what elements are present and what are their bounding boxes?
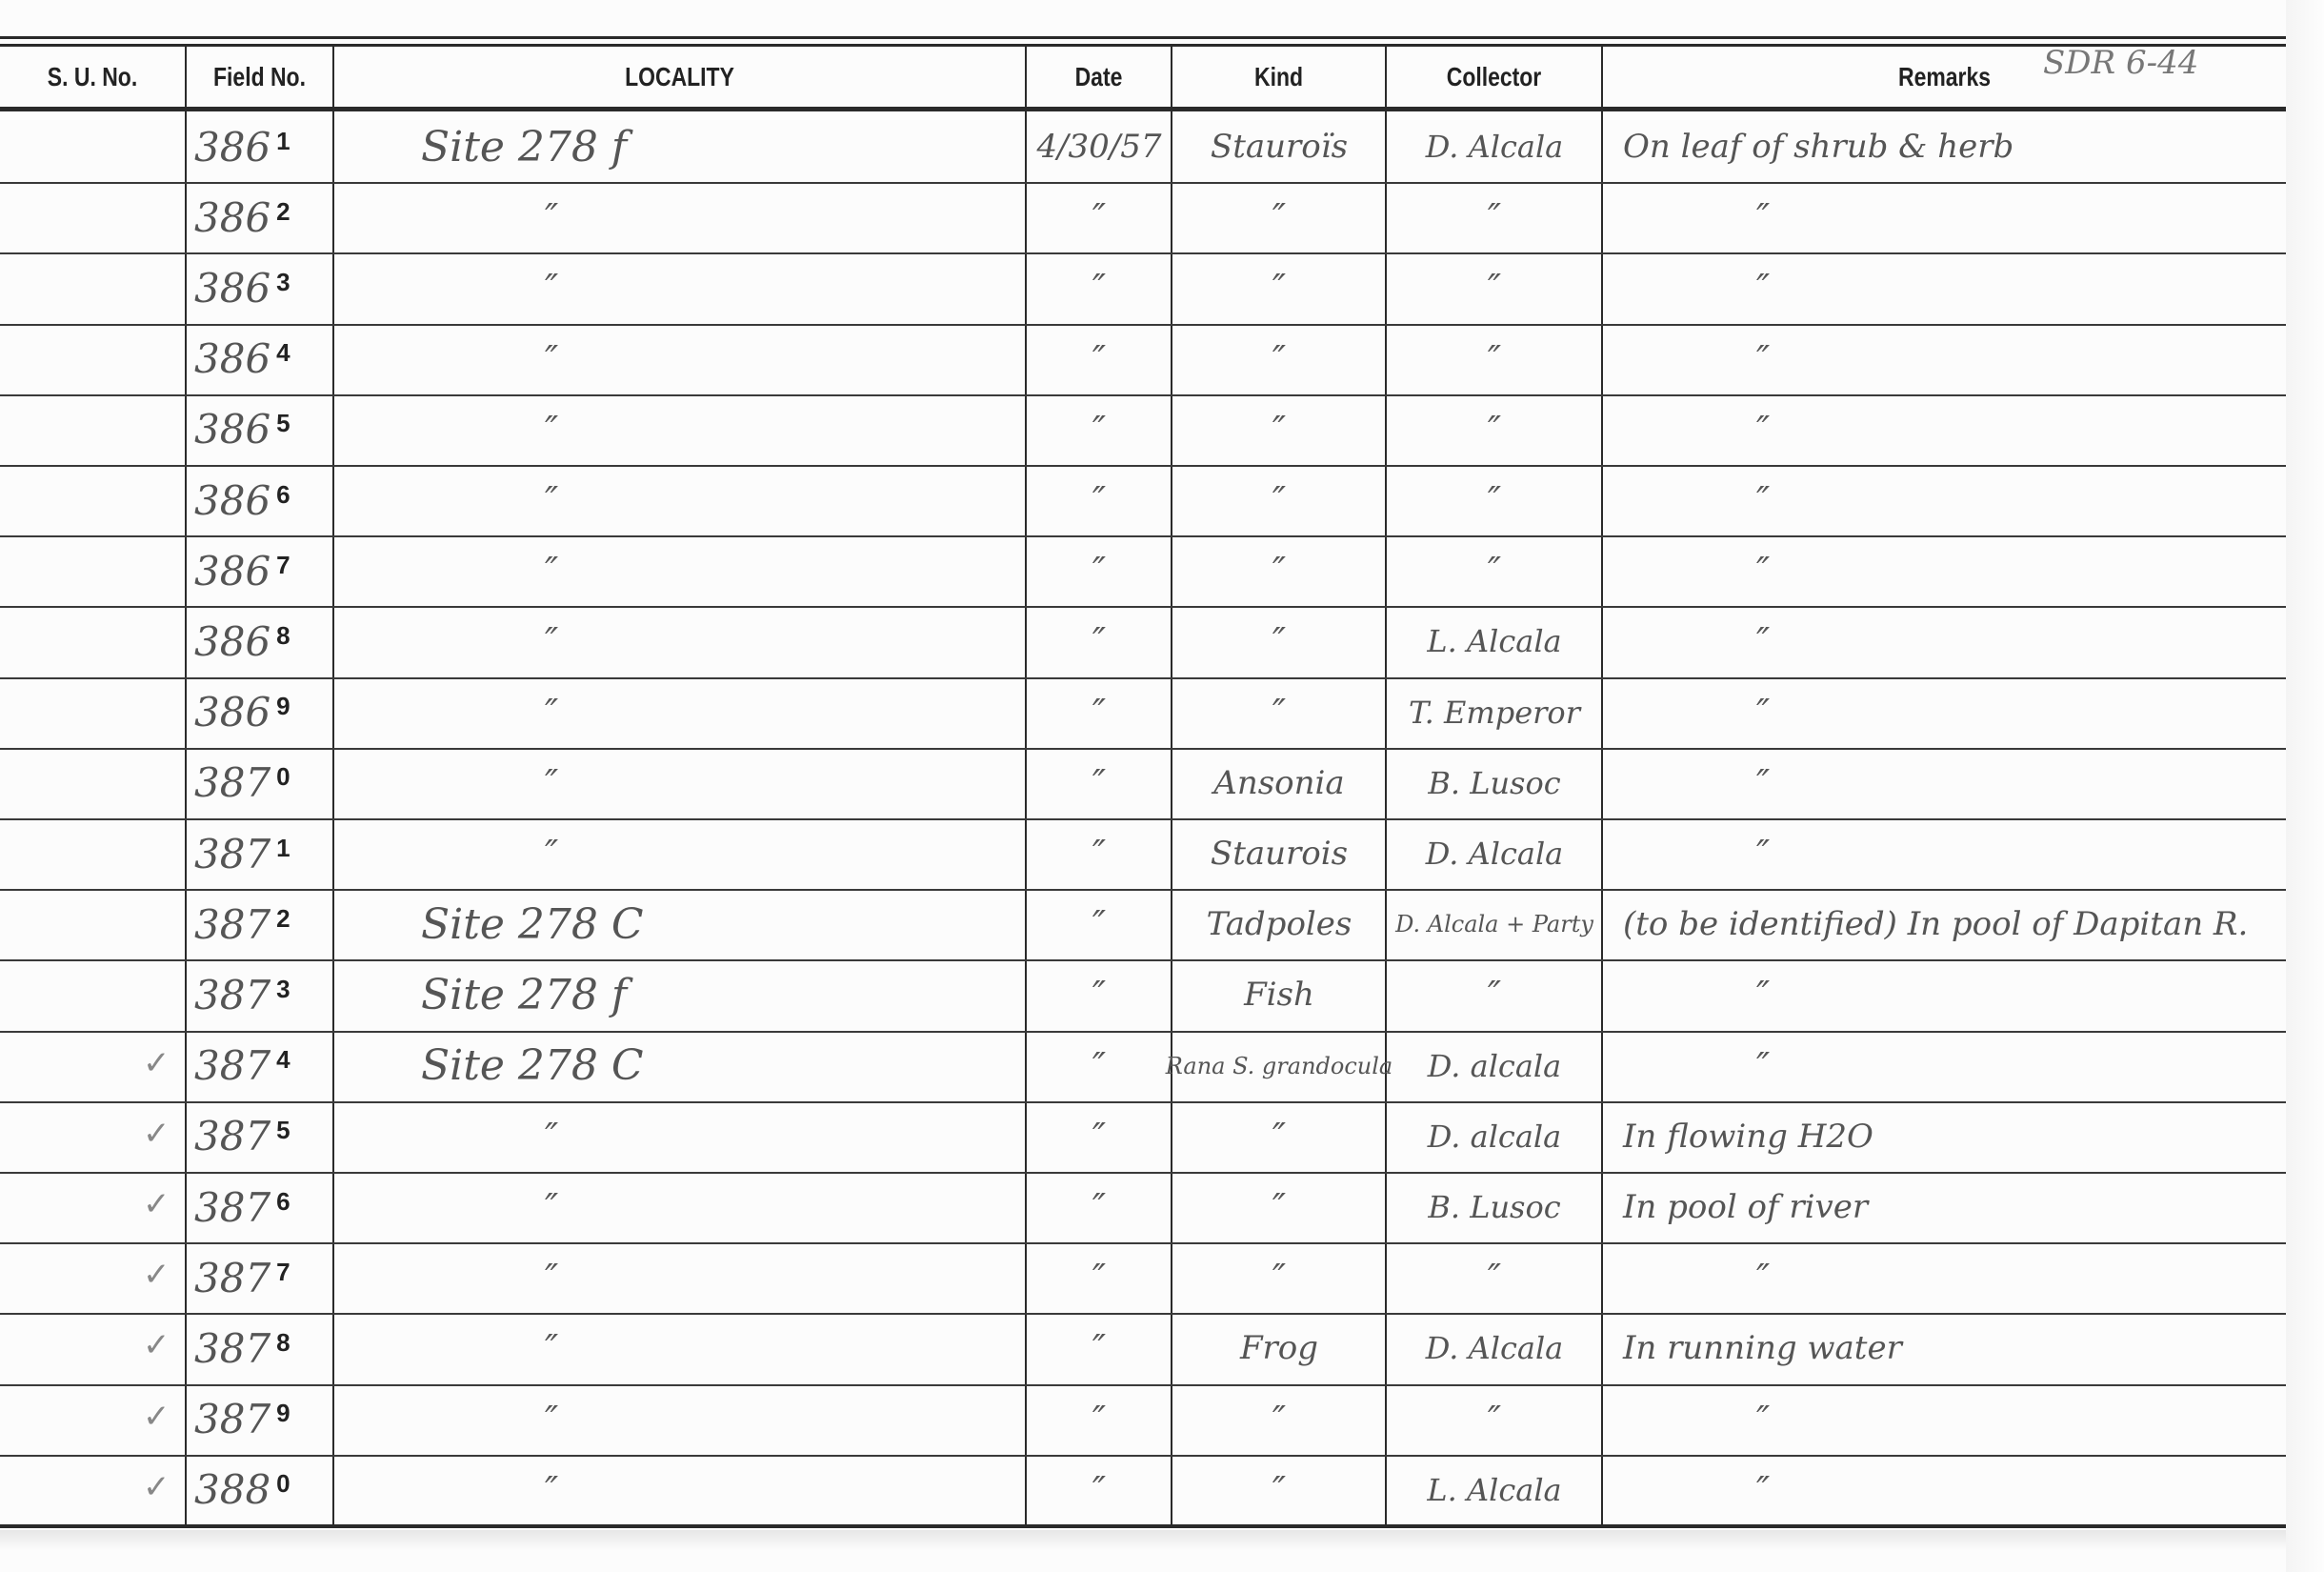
field-no-cell: 3865 — [190, 394, 335, 465]
locality-cell: ″ — [335, 1172, 1025, 1242]
remarks-cell: ″ — [1604, 677, 2286, 748]
field-no-digit: 2 — [276, 197, 290, 227]
collector-cell: D. Alcala — [1388, 1313, 1601, 1383]
remarks-cell: ″ — [1604, 394, 2286, 465]
kind-cell: ″ — [1173, 1101, 1385, 1172]
field-no-prefix: 386 — [194, 689, 270, 736]
kind-cell: ″ — [1173, 182, 1385, 252]
field-no-prefix: 387 — [194, 1042, 270, 1089]
field-no-digit: 1 — [276, 834, 290, 863]
field-no-cell: 3872 — [190, 889, 335, 959]
date-cell: ″ — [1029, 252, 1170, 323]
field-no-cell: 3874 — [190, 1031, 335, 1101]
header-date: Date — [1040, 50, 1158, 105]
field-no-digit: 7 — [276, 1258, 290, 1287]
collector-cell: L. Alcala — [1388, 1455, 1601, 1525]
kind-cell: ″ — [1173, 1172, 1385, 1242]
remarks-cell: On leaf of shrub & herb — [1604, 111, 2286, 182]
kind-cell: Frog — [1173, 1313, 1385, 1383]
field-no-prefix: 386 — [194, 477, 270, 524]
collector-cell: D. alcala — [1388, 1031, 1601, 1101]
check-mark-icon: ✓ — [143, 1256, 170, 1294]
collector-cell: L. Alcala — [1388, 606, 1601, 676]
top-rule — [0, 36, 2286, 39]
date-cell: ″ — [1029, 182, 1170, 252]
check-mark-icon: ✓ — [143, 1115, 170, 1153]
field-no-prefix: 387 — [194, 759, 270, 806]
date-cell: ″ — [1029, 1455, 1170, 1525]
column-rule — [1385, 46, 1387, 1526]
locality-cell: ″ — [335, 606, 1025, 676]
date-cell: ″ — [1029, 1172, 1170, 1242]
date-cell: 4/30/57 — [1029, 111, 1170, 182]
collector-cell: D. alcala — [1388, 1101, 1601, 1172]
field-no-cell: 3866 — [190, 465, 335, 535]
collector-cell: D. Alcala + Party — [1388, 889, 1601, 959]
field-no-cell: 3867 — [190, 535, 335, 606]
field-no-digit: 9 — [276, 692, 290, 721]
kind-cell: ″ — [1173, 1242, 1385, 1313]
collector-cell: ″ — [1388, 535, 1601, 606]
header-su-no: S. U. No. — [16, 50, 168, 105]
locality-cell: ″ — [335, 818, 1025, 889]
remarks-cell: ″ — [1604, 1455, 2286, 1525]
date-cell: ″ — [1029, 606, 1170, 676]
page-right-edge — [2286, 0, 2324, 1572]
check-mark-icon: ✓ — [143, 1326, 170, 1364]
field-no-digit: 3 — [276, 975, 290, 1004]
field-no-prefix: 386 — [194, 548, 270, 595]
header-kind: Kind — [1192, 50, 1366, 105]
kind-cell: ″ — [1173, 465, 1385, 535]
check-mark-icon: ✓ — [143, 1185, 170, 1223]
date-cell: ″ — [1029, 1101, 1170, 1172]
field-no-cell: 3869 — [190, 677, 335, 748]
field-no-digit: 0 — [276, 1469, 290, 1499]
collector-cell: ″ — [1388, 324, 1601, 394]
date-cell: ″ — [1029, 465, 1170, 535]
collector-cell: ″ — [1388, 1242, 1601, 1313]
field-no-cell: 3873 — [190, 959, 335, 1030]
kind-cell: ″ — [1173, 677, 1385, 748]
collector-cell: ″ — [1388, 465, 1601, 535]
collector-cell: ″ — [1388, 1384, 1601, 1455]
field-no-prefix: 387 — [194, 1184, 270, 1231]
remarks-cell: ″ — [1604, 182, 2286, 252]
locality-cell: ″ — [335, 182, 1025, 252]
field-no-cell: 3879 — [190, 1384, 335, 1455]
locality-cell: ″ — [335, 535, 1025, 606]
locality-cell: Site 278 C — [335, 1031, 1025, 1101]
field-no-prefix: 386 — [194, 335, 270, 382]
sheet-annotation: SDR 6-44 — [2043, 44, 2198, 82]
locality-cell: ″ — [335, 748, 1025, 818]
field-no-prefix: 387 — [194, 972, 270, 1018]
kind-cell: ″ — [1173, 1384, 1385, 1455]
remarks-cell: ″ — [1604, 465, 2286, 535]
collector-cell: ″ — [1388, 182, 1601, 252]
locality-cell: ″ — [335, 1455, 1025, 1525]
check-mark-icon: ✓ — [143, 1044, 170, 1082]
locality-cell: ″ — [335, 252, 1025, 323]
field-no-prefix: 387 — [194, 1113, 270, 1159]
check-mark-icon: ✓ — [143, 1398, 170, 1436]
field-no-cell: 3878 — [190, 1313, 335, 1383]
date-cell: ″ — [1029, 394, 1170, 465]
date-cell: ″ — [1029, 1031, 1170, 1101]
column-rule — [1025, 46, 1027, 1526]
date-cell: ″ — [1029, 1384, 1170, 1455]
kind-cell: Stauroïs — [1173, 111, 1385, 182]
column-rule — [185, 46, 187, 1526]
field-no-digit: 4 — [276, 338, 290, 368]
header-collector: Collector — [1406, 50, 1582, 105]
field-no-prefix: 386 — [194, 406, 270, 453]
locality-cell: ″ — [335, 1313, 1025, 1383]
kind-cell: Rana S. grandocula — [1173, 1031, 1385, 1101]
collector-cell: T. Emperor — [1388, 677, 1601, 748]
field-no-digit: 8 — [276, 1328, 290, 1358]
remarks-cell: In running water — [1604, 1313, 2286, 1383]
column-rule — [1171, 46, 1172, 1526]
field-no-prefix: 387 — [194, 1325, 270, 1372]
header-field-no: Field No. — [200, 50, 319, 105]
field-no-digit: 0 — [276, 762, 290, 792]
remarks-cell: ″ — [1604, 1384, 2286, 1455]
locality-cell: Site 278 f — [335, 111, 1025, 182]
field-no-digit: 6 — [276, 480, 290, 510]
date-cell: ″ — [1029, 677, 1170, 748]
field-no-prefix: 386 — [194, 265, 270, 312]
field-no-prefix: 386 — [194, 618, 270, 665]
remarks-cell: ″ — [1604, 818, 2286, 889]
locality-cell: ″ — [335, 677, 1025, 748]
locality-cell: ″ — [335, 465, 1025, 535]
kind-cell: ″ — [1173, 394, 1385, 465]
field-no-digit: 6 — [276, 1187, 290, 1217]
kind-cell: Fish — [1173, 959, 1385, 1030]
field-no-prefix: 388 — [194, 1466, 270, 1513]
check-mark-icon: ✓ — [143, 1468, 170, 1506]
field-no-digit: 7 — [276, 551, 290, 580]
field-no-cell: 3861 — [190, 111, 335, 182]
remarks-cell: (to be identified) In pool of Dapitan R. — [1604, 889, 2286, 959]
date-cell: ″ — [1029, 748, 1170, 818]
date-cell: ″ — [1029, 1313, 1170, 1383]
header-locality: LOCALITY — [396, 50, 963, 105]
remarks-cell: ″ — [1604, 535, 2286, 606]
date-cell: ″ — [1029, 1242, 1170, 1313]
field-no-prefix: 387 — [194, 831, 270, 877]
field-no-cell: 3864 — [190, 324, 335, 394]
locality-cell: Site 278 f — [335, 959, 1025, 1030]
kind-cell: Tadpoles — [1173, 889, 1385, 959]
remarks-cell: ″ — [1604, 959, 2286, 1030]
field-no-prefix: 386 — [194, 124, 270, 171]
date-cell: ″ — [1029, 818, 1170, 889]
locality-cell: Site 278 C — [335, 889, 1025, 959]
remarks-cell: In flowing H2O — [1604, 1101, 2286, 1172]
field-no-cell: 3870 — [190, 748, 335, 818]
field-no-prefix: 386 — [194, 194, 270, 241]
kind-cell: ″ — [1173, 535, 1385, 606]
locality-cell: ″ — [335, 1101, 1025, 1172]
collector-cell: ″ — [1388, 394, 1601, 465]
locality-cell: ″ — [335, 1384, 1025, 1455]
field-no-digit: 2 — [276, 904, 290, 934]
field-no-cell: 3876 — [190, 1172, 335, 1242]
top-rule-secondary — [0, 44, 2286, 47]
field-no-cell: 3877 — [190, 1242, 335, 1313]
collector-cell: D. Alcala — [1388, 111, 1601, 182]
field-no-cell: 3862 — [190, 182, 335, 252]
date-cell: ″ — [1029, 889, 1170, 959]
field-catalog-sheet: S. U. No. Field No. LOCALITY Date Kind C… — [0, 0, 2324, 1572]
remarks-cell: ″ — [1604, 252, 2286, 323]
locality-cell: ″ — [335, 1242, 1025, 1313]
kind-cell: ″ — [1173, 324, 1385, 394]
locality-cell: ″ — [335, 394, 1025, 465]
date-cell: ″ — [1029, 959, 1170, 1030]
field-no-cell: 3871 — [190, 818, 335, 889]
collector-cell: ″ — [1388, 959, 1601, 1030]
field-no-digit: 4 — [276, 1045, 290, 1075]
collector-cell: B. Lusoc — [1388, 748, 1601, 818]
remarks-cell: ″ — [1604, 1242, 2286, 1313]
remarks-cell: In pool of river — [1604, 1172, 2286, 1242]
locality-cell: ″ — [335, 324, 1025, 394]
field-no-digit: 5 — [276, 409, 290, 438]
field-no-digit: 1 — [276, 127, 290, 156]
collector-cell: B. Lusoc — [1388, 1172, 1601, 1242]
field-no-prefix: 387 — [194, 1396, 270, 1442]
kind-cell: ″ — [1173, 1455, 1385, 1525]
field-no-cell: 3863 — [190, 252, 335, 323]
field-no-digit: 8 — [276, 621, 290, 651]
collector-cell: ″ — [1388, 252, 1601, 323]
collector-cell: D. Alcala — [1388, 818, 1601, 889]
field-no-digit: 3 — [276, 268, 290, 297]
field-no-prefix: 387 — [194, 1255, 270, 1301]
remarks-cell: ″ — [1604, 606, 2286, 676]
kind-cell: ″ — [1173, 252, 1385, 323]
kind-cell: ″ — [1173, 606, 1385, 676]
kind-cell: Ansonia — [1173, 748, 1385, 818]
date-cell: ″ — [1029, 535, 1170, 606]
remarks-cell: ″ — [1604, 748, 2286, 818]
column-rule — [1601, 46, 1603, 1526]
field-no-cell: 3880 — [190, 1455, 335, 1525]
field-no-digit: 9 — [276, 1399, 290, 1428]
field-no-cell: 3875 — [190, 1101, 335, 1172]
kind-cell: Staurois — [1173, 818, 1385, 889]
remarks-cell: ″ — [1604, 1031, 2286, 1101]
date-cell: ″ — [1029, 324, 1170, 394]
page-edge-shadow — [0, 1530, 2286, 1551]
remarks-cell: ″ — [1604, 324, 2286, 394]
field-no-cell: 3868 — [190, 606, 335, 676]
field-no-digit: 5 — [276, 1116, 290, 1145]
field-no-prefix: 387 — [194, 901, 270, 948]
